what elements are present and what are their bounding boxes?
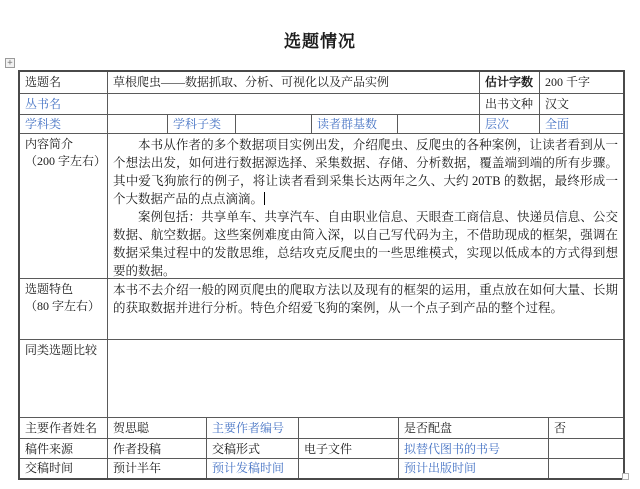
cell-subject-subcategory-label[interactable]: 学科子类 bbox=[168, 115, 236, 133]
table-resize-handle[interactable] bbox=[622, 473, 629, 480]
cell-estimated-words-value[interactable]: 200 千字 bbox=[540, 72, 627, 93]
cell-author-id-value[interactable] bbox=[299, 418, 399, 438]
cell-content-intro-label[interactable]: 内容简介 （200 字左右） bbox=[20, 134, 108, 278]
cell-manuscript-source-label[interactable]: 稿件来源 bbox=[20, 439, 108, 458]
cell-subject-category-label[interactable]: 学科类 bbox=[20, 115, 108, 133]
text-cursor bbox=[264, 192, 265, 205]
content-intro-paragraph-2: 案例包括：共享单车、共享汽车、自由职业信息、天眼查工商信息、快递员信息、公交数据… bbox=[113, 208, 618, 278]
content-intro-paragraph-1: 本书从作者的多个数据项目实例出发，介绍爬虫、反爬虫的各种案例，让读者看到从一个想… bbox=[113, 136, 618, 208]
table-row: 丛书名 出书文种 汉文 bbox=[20, 94, 623, 115]
table-row: 同类选题比较 bbox=[20, 340, 623, 418]
cell-expected-publish-value[interactable] bbox=[549, 459, 623, 478]
cell-subject-subcategory-value[interactable] bbox=[236, 115, 312, 133]
cell-language-value[interactable]: 汉文 bbox=[540, 94, 627, 114]
cell-delivery-time-value[interactable]: 预计半年 bbox=[108, 459, 207, 478]
table-row: 交稿时间 预计半年 预计发稿时间 预计出版时间 bbox=[20, 459, 623, 478]
cell-series-name-label[interactable]: 丛书名 bbox=[20, 94, 108, 114]
document-page: 选题情况 + 选题名 草根爬虫——数据抓取、分析、可视化以及产品实例 估计字数 … bbox=[0, 0, 640, 489]
cell-expected-release-label[interactable]: 预计发稿时间 bbox=[207, 459, 299, 478]
cell-replacement-isbn-value[interactable] bbox=[549, 439, 623, 458]
cell-level-value[interactable]: 全面 bbox=[540, 115, 627, 133]
table-row: 稿件来源 作者投稿 交稿形式 电子文件 拟替代图书的书号 bbox=[20, 439, 623, 459]
cell-main-author-value[interactable]: 贺思聪 bbox=[108, 418, 207, 438]
cell-main-author-label[interactable]: 主要作者姓名 bbox=[20, 418, 108, 438]
cell-delivery-time-label[interactable]: 交稿时间 bbox=[20, 459, 108, 478]
cell-with-disc-value[interactable]: 否 bbox=[549, 418, 623, 438]
cell-series-name-value[interactable] bbox=[108, 94, 480, 114]
cell-similar-topics-label[interactable]: 同类选题比较 bbox=[20, 340, 108, 417]
topic-feature-label-line2: （80 字左右） bbox=[25, 298, 102, 315]
topic-feature-label-line1: 选题特色 bbox=[25, 281, 102, 298]
table-row: 选题名 草根爬虫——数据抓取、分析、可视化以及产品实例 估计字数 200 千字 bbox=[20, 72, 623, 94]
table-row: 主要作者姓名 贺思聪 主要作者编号 是否配盘 否 bbox=[20, 418, 623, 439]
cell-topic-feature-value[interactable]: 本书不去介绍一般的网页爬虫的爬取方法以及现有的框架的运用，重点放在如何大量、长期… bbox=[108, 279, 623, 339]
cell-level-label[interactable]: 层次 bbox=[480, 115, 540, 133]
cell-with-disc-label[interactable]: 是否配盘 bbox=[399, 418, 549, 438]
content-intro-label-line2: （200 字左右） bbox=[25, 153, 102, 170]
topic-form-table: 选题名 草根爬虫——数据抓取、分析、可视化以及产品实例 估计字数 200 千字 … bbox=[18, 70, 625, 480]
cell-topic-name-label[interactable]: 选题名 bbox=[20, 72, 108, 93]
cell-replacement-isbn-label[interactable]: 拟替代图书的书号 bbox=[399, 439, 549, 458]
table-move-handle-icon[interactable]: + bbox=[5, 58, 15, 68]
cell-content-intro-value[interactable]: 本书从作者的多个数据项目实例出发，介绍爬虫、反爬虫的各种案例，让读者看到从一个想… bbox=[108, 134, 623, 278]
cell-topic-feature-label[interactable]: 选题特色 （80 字左右） bbox=[20, 279, 108, 339]
cell-topic-name-value[interactable]: 草根爬虫——数据抓取、分析、可视化以及产品实例 bbox=[108, 72, 480, 93]
cell-manuscript-source-value[interactable]: 作者投稿 bbox=[108, 439, 207, 458]
cell-language-label[interactable]: 出书文种 bbox=[480, 94, 540, 114]
content-intro-label-line1: 内容简介 bbox=[25, 136, 102, 153]
table-row: 内容简介 （200 字左右） 本书从作者的多个数据项目实例出发，介绍爬虫、反爬虫… bbox=[20, 134, 623, 279]
cell-expected-publish-label[interactable]: 预计出版时间 bbox=[399, 459, 549, 478]
cell-similar-topics-value[interactable] bbox=[108, 340, 623, 417]
cell-subject-category-value[interactable] bbox=[108, 115, 168, 133]
table-row: 选题特色 （80 字左右） 本书不去介绍一般的网页爬虫的爬取方法以及现有的框架的… bbox=[20, 279, 623, 340]
cell-submission-format-value[interactable]: 电子文件 bbox=[299, 439, 399, 458]
cell-reader-base-value[interactable] bbox=[398, 115, 480, 133]
document-title[interactable]: 选题情况 bbox=[0, 27, 640, 52]
cell-expected-release-value[interactable] bbox=[299, 459, 399, 478]
cell-author-id-label[interactable]: 主要作者编号 bbox=[207, 418, 299, 438]
cell-reader-base-label[interactable]: 读者群基数 bbox=[312, 115, 398, 133]
cell-estimated-words-label[interactable]: 估计字数 bbox=[480, 72, 540, 93]
table-row: 学科类 学科子类 读者群基数 层次 全面 bbox=[20, 115, 623, 134]
cell-submission-format-label[interactable]: 交稿形式 bbox=[207, 439, 299, 458]
